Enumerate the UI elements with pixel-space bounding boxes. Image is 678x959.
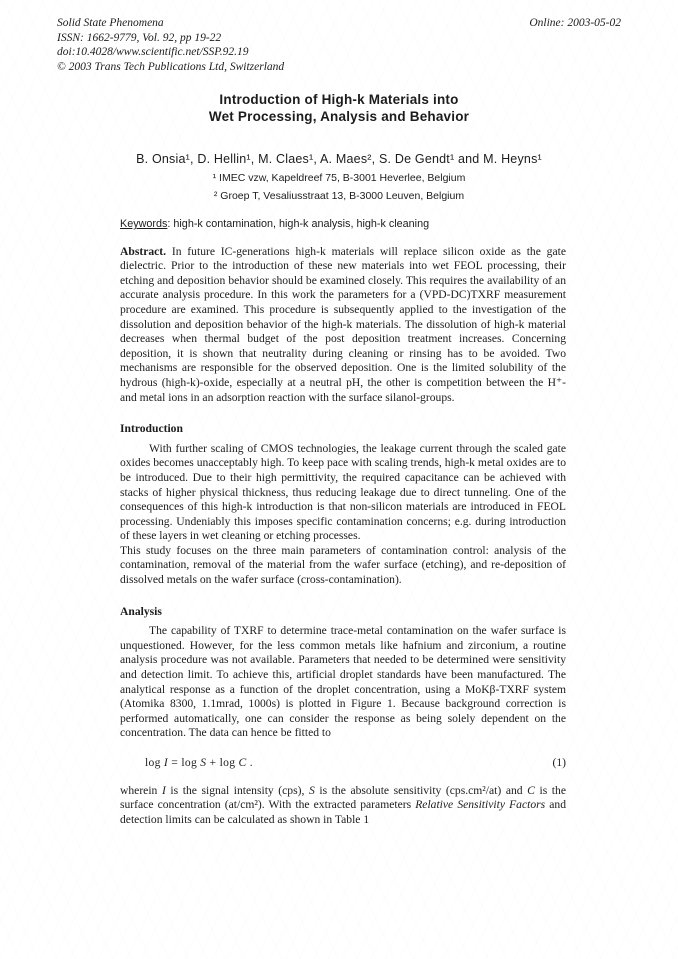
equation-1: log I = log S + log C . (1) — [120, 756, 566, 771]
closing-text-segment: is the signal intensity (cps), — [166, 784, 309, 797]
introduction-paragraph-1: With further scaling of CMOS technologie… — [120, 442, 566, 544]
closing-text-segment: is the absolute sensitivity (cps.cm²/at)… — [315, 784, 527, 797]
paper-body: Keywords: high-k contamination, high-k a… — [120, 217, 566, 827]
copyright-line: © 2003 Trans Tech Publications Ltd, Swit… — [57, 60, 284, 75]
doi-line: doi:10.4028/www.scientific.net/SSP.92.19 — [57, 45, 284, 60]
keywords-text: : high-k contamination, high-k analysis,… — [167, 218, 429, 230]
affiliation-2: ² Groep T, Vesaliusstraat 13, B-3000 Leu… — [0, 190, 678, 202]
closing-emphasis-rsf: Relative Sensitivity Factors — [415, 798, 545, 811]
affiliation-1: ¹ IMEC vzw, Kapeldreef 75, B-3001 Heverl… — [0, 172, 678, 184]
analysis-paragraph-1: The capability of TXRF to determine trac… — [120, 624, 566, 741]
introduction-paragraph-2: This study focuses on the three main par… — [120, 544, 566, 588]
equation-term: . — [247, 756, 253, 769]
title-block: Introduction of High-k Materials intoWet… — [0, 91, 678, 202]
keywords-line: Keywords: high-k contamination, high-k a… — [120, 217, 566, 232]
equation-body: log I = log S + log C . — [120, 756, 253, 771]
keywords-label: Keywords — [120, 218, 167, 230]
equation-term: + log — [206, 756, 238, 769]
section-heading-introduction: Introduction — [120, 422, 566, 437]
abstract-paragraph: Abstract. In future IC-generations high-… — [120, 245, 566, 406]
authors-line: B. Onsia¹, D. Hellin¹, M. Claes¹, A. Mae… — [0, 152, 678, 166]
equation-variable-C: C — [239, 756, 247, 769]
equation-number: (1) — [552, 756, 566, 771]
section-heading-analysis: Analysis — [120, 605, 566, 620]
paper-title-line2: Wet Processing, Analysis and Behavior — [209, 109, 469, 124]
equation-term: log — [145, 756, 164, 769]
issn-line: ISSN: 1662-9779, Vol. 92, pp 19-22 — [57, 31, 284, 46]
closing-paragraph: wherein I is the signal intensity (cps),… — [120, 784, 566, 828]
online-date: Online: 2003-05-02 — [529, 16, 621, 31]
paper-title: Introduction of High-k Materials intoWet… — [0, 91, 678, 125]
journal-name: Solid State Phenomena — [57, 16, 284, 31]
closing-variable-C: C — [527, 784, 535, 797]
closing-text-segment: wherein — [120, 784, 162, 797]
paper-title-line1: Introduction of High-k Materials into — [219, 92, 458, 107]
paper-page: Solid State Phenomena ISSN: 1662-9779, V… — [0, 0, 678, 959]
journal-header-left: Solid State Phenomena ISSN: 1662-9779, V… — [57, 16, 284, 74]
abstract-text: In future IC-generations high-k material… — [120, 245, 566, 404]
abstract-label: Abstract. — [120, 245, 166, 258]
journal-header: Solid State Phenomena ISSN: 1662-9779, V… — [57, 16, 621, 74]
equation-term: = log — [168, 756, 200, 769]
